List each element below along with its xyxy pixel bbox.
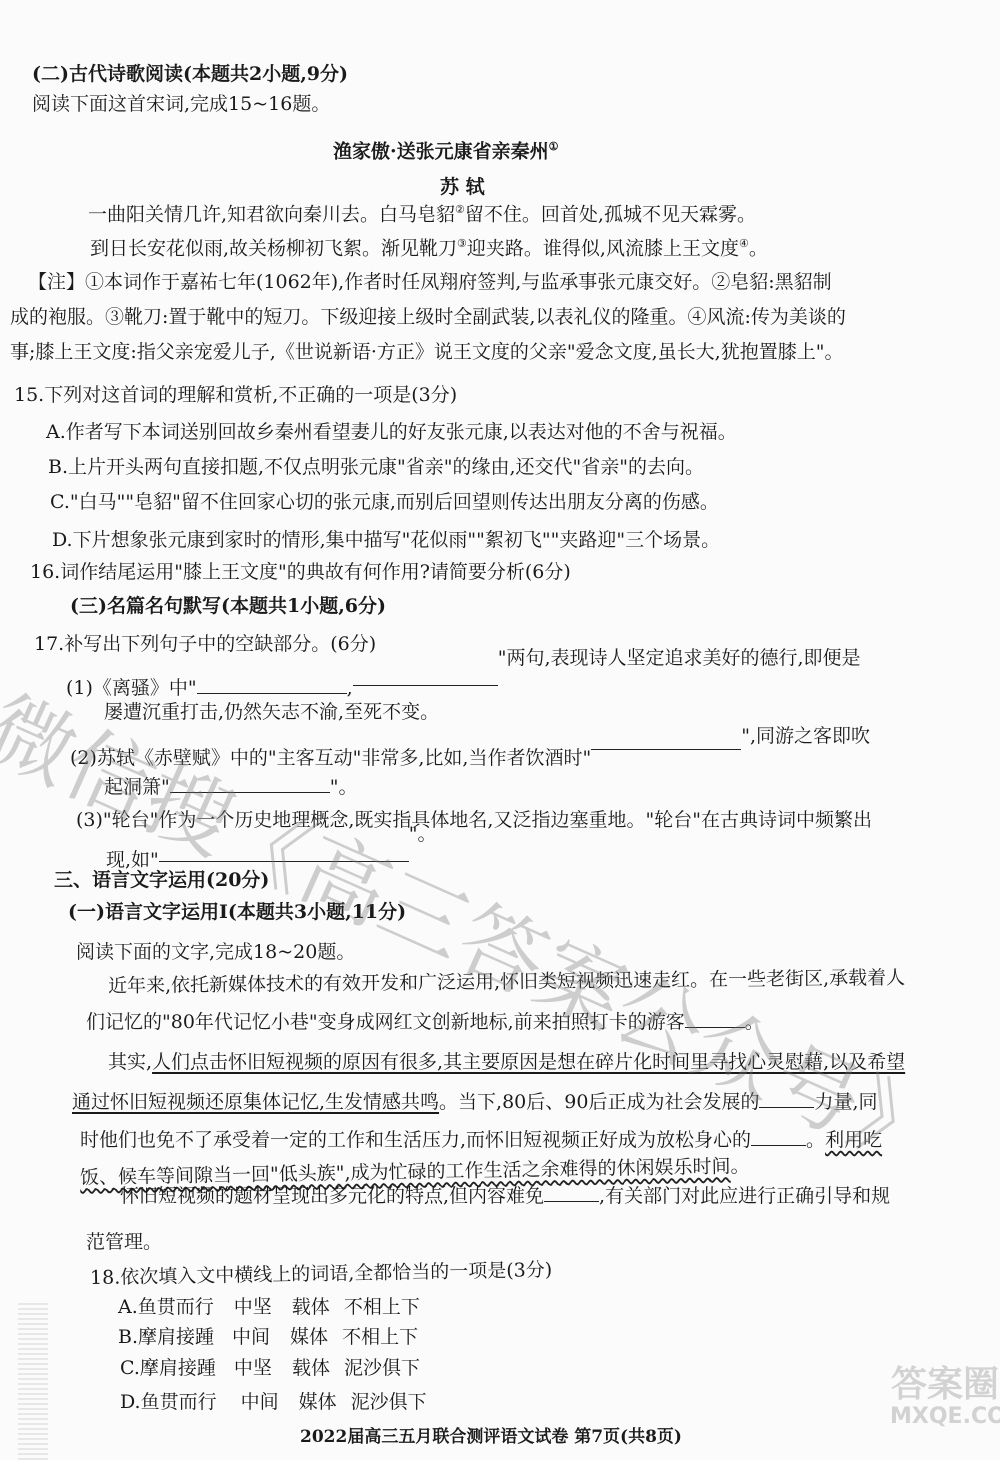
sub-heading-language-1: (一)语言文字运用Ⅰ(本题共3小题,11分)	[68, 900, 406, 924]
part-heading-language: 三、语言文字运用(20分)	[54, 868, 269, 892]
passage-text: 们记忆的"80年代记忆小巷"变身成网红文创新地标,前来拍照打卡的游客	[86, 1011, 685, 1033]
scan-artifact	[18, 1300, 48, 1460]
question-15-option-b: B.上片开头两句直接扣题,不仅点明张元康"省亲"的缘由,还交代"省亲"的去向。	[48, 455, 704, 479]
note-line-1: 【注】①本词作于嘉祐七年(1062年),作者时任凤翔府签判,与监承事张元康交好。…	[28, 270, 832, 294]
option-word: 中间	[232, 1326, 270, 1348]
page-footer: 2022届高三五月联合测评语文试卷 第7页(共8页)	[300, 1425, 682, 1449]
section-heading-poetry: (二)古代诗歌阅读(本题共2小题,9分)	[32, 62, 348, 86]
passage-line-2: 们记忆的"80年代记忆小巷"变身成网红文创新地标,前来拍照打卡的游客。	[86, 1010, 764, 1034]
item-text: "两句,表现诗人坚定追求美好的德行,即便是	[498, 647, 861, 669]
underlined-sentence: 人们点击怀旧短视频的原因有很多,其主要原因是想在碎片化时间里寻找心灵慰藉,以及希…	[152, 1051, 905, 1073]
question-17-item-2-cont: 起洞箫""。	[104, 775, 358, 799]
option-label: C.	[120, 1357, 140, 1379]
question-15-stem: 15.下列对这首词的理解和赏析,不正确的一项是(3分)	[14, 383, 457, 407]
passage-text: 。	[745, 1011, 764, 1033]
passage-text: 。当下,80后、90后正成为社会发展的	[439, 1091, 759, 1113]
poem-title: 渔家傲·送张元康省亲秦州①	[333, 135, 559, 163]
option-word: 摩肩接踵	[140, 1357, 216, 1379]
footnote-marker: ③	[457, 237, 467, 250]
option-word: 泥沙俱下	[344, 1357, 420, 1379]
poem-text: 。	[749, 237, 768, 259]
item-text: "。	[409, 823, 437, 845]
answer-blank[interactable]	[685, 1011, 745, 1028]
question-15-option-a: A.作者写下本词送别回故乡秦州看望妻儿的好友张元康,以表达对他的不舍与祝福。	[46, 420, 737, 444]
option-word: 不相上下	[342, 1326, 418, 1348]
passage-text: ,有关部门对此应进行正确引导和规	[599, 1185, 890, 1207]
note-line-2: 成的袍服。③靴刀:置于靴中的短刀。下级迎接上级时全副武装,以表礼仪的隆重。④风流…	[10, 305, 846, 329]
question-18-option-c[interactable]: C.摩肩接踵中坚载体泥沙俱下	[120, 1356, 420, 1380]
question-17-item-2: (2)苏轼《赤壁赋》中的"主客互动"非常多,比如,当作者饮酒时"",同游之客即吹	[70, 738, 870, 762]
passage-text: 。	[806, 1129, 825, 1151]
option-word: 中间	[241, 1391, 279, 1413]
poem-line-1: 一曲阳关情几许,知君欲向秦川去。白马皂貂②留不住。回首处,孤城不见天霖雾。	[88, 198, 756, 226]
option-word: 媒体	[290, 1326, 328, 1348]
option-word: 摩肩接踵	[138, 1326, 214, 1348]
logo-text: 答案圈	[890, 1365, 1000, 1405]
poem-text: 到日长安花似雨,故关杨柳初飞絮。渐见靴刀	[90, 237, 457, 259]
question-18-option-a[interactable]: A.鱼贯而行中坚载体不相上下	[118, 1295, 420, 1319]
option-label: A.	[118, 1296, 138, 1318]
question-16-stem: 16.词作结尾运用"膝上王文度"的典故有何作用?请简要分析(6分)	[30, 560, 571, 584]
item-text: (2)苏轼《赤壁赋》中的"主客互动"非常多,比如,当作者饮酒时"	[70, 747, 591, 769]
passage-text: 力量,同	[814, 1091, 877, 1113]
answer-blank[interactable]	[159, 845, 409, 862]
item-text: ",同游之客即吹	[741, 725, 870, 747]
passage-text: 。	[730, 1155, 749, 1177]
poetry-instruction: 阅读下面这首宋词,完成15~16题。	[32, 92, 330, 116]
footnote-marker: ④	[739, 237, 749, 250]
passage-line-5: 时他们也免不了承受着一定的工作和生活压力,而怀旧短视频正好成为放松身心的。利用吃	[80, 1128, 882, 1152]
answer-blank[interactable]	[751, 1129, 806, 1146]
underlined-sentence: 通过怀旧短视频还原集体记忆,生发情感共鸣	[72, 1091, 439, 1113]
option-word: 中坚	[234, 1357, 272, 1379]
passage-line-1: 近年来,依托新媒体技术的有效开发和广泛运用,怀旧类短视频迅速走红。在一些老街区,…	[108, 966, 905, 998]
wavy-underlined-text: 利用吃	[825, 1129, 882, 1151]
poem-text: 迎夹路。谁得似,风流膝上王文度	[467, 237, 739, 259]
option-word: 鱼贯而行	[141, 1391, 217, 1413]
answer-blank[interactable]	[544, 1185, 599, 1202]
question-15-option-c: C."白马""皂貂"留不住回家心切的张元康,而别后回望则传达出朋友分离的伤感。	[50, 490, 719, 514]
question-17-item-3-cont: 现,如""。	[106, 840, 437, 864]
question-15-option-d: D.下片想象张元康到家时的情形,集中描写"花似雨""絮初飞""夹路迎"三个场景。	[52, 528, 720, 552]
poem-author: 苏 轼	[440, 175, 485, 199]
passage-text: 时他们也免不了承受着一定的工作和生活压力,而怀旧短视频正好成为放松身心的	[80, 1129, 751, 1151]
question-17-item-3: (3)"轮台"作为一个历史地理概念,既实指具体地名,又泛指边塞重地。"轮台"在古…	[76, 808, 872, 832]
question-17-item-1: (1)《离骚》中","两句,表现诗人坚定追求美好的德行,即便是	[66, 660, 861, 684]
question-18-option-d[interactable]: D.鱼贯而行中间媒体泥沙俱下	[120, 1390, 427, 1414]
item-text: 起洞箫"	[104, 776, 170, 798]
question-17-item-1-cont: 屡遭沉重打击,仍然矢志不渝,至死不变。	[104, 700, 439, 724]
item-text: (1)《离骚》中"	[66, 677, 197, 699]
passage-text: 怀旧短视频的题材呈现出多元化的特点,但内容难免	[120, 1185, 544, 1207]
option-word: 鱼贯而行	[138, 1296, 214, 1318]
answer-blank[interactable]	[759, 1091, 814, 1108]
passage-text: 其实,	[108, 1051, 152, 1073]
question-17-stem: 17.补写出下列句子中的空缺部分。(6分)	[34, 632, 376, 656]
answer-blank[interactable]	[170, 776, 330, 793]
option-word: 载体	[292, 1296, 330, 1318]
option-label: D.	[120, 1391, 141, 1413]
note-line-3: 事;膝上王文度:指父亲宠爱儿子,《世说新语·方正》说王文度的父亲"爱念文度,虽长…	[10, 340, 843, 364]
passage-line-3: 其实,人们点击怀旧短视频的原因有很多,其主要原因是想在碎片化时间里寻找心灵慰藉,…	[108, 1050, 905, 1074]
poem-text: 留不住。回首处,孤城不见天霖雾。	[465, 203, 756, 225]
passage-line-8: 范管理。	[86, 1230, 162, 1254]
poem-title-text: 渔家傲·送张元康省亲秦州	[333, 140, 549, 162]
answer-blank[interactable]	[591, 733, 741, 750]
option-word: 载体	[292, 1357, 330, 1379]
section-heading-recitation: (三)名篇名句默写(本题共1小题,6分)	[70, 594, 386, 618]
poem-text: 一曲阳关情几许,知君欲向秦川去。白马皂貂	[88, 203, 455, 225]
option-word: 媒体	[299, 1391, 337, 1413]
passage-line-4: 通过怀旧短视频还原集体记忆,生发情感共鸣。当下,80后、90后正成为社会发展的力…	[72, 1090, 878, 1114]
site-logo: 答案圈 MXQE.COM	[890, 1365, 1000, 1455]
option-word: 中坚	[234, 1296, 272, 1318]
language-instruction: 阅读下面的文字,完成18~20题。	[76, 940, 355, 964]
option-label: B.	[118, 1326, 138, 1348]
answer-blank[interactable]	[197, 677, 347, 694]
option-word: 不相上下	[344, 1296, 420, 1318]
option-word: 泥沙俱下	[351, 1391, 427, 1413]
passage-line-7: 怀旧短视频的题材呈现出多元化的特点,但内容难免,有关部门对此应进行正确引导和规	[120, 1184, 890, 1208]
answer-blank[interactable]	[353, 669, 498, 686]
footnote-marker: ①	[549, 140, 559, 153]
logo-url: MXQE.COM	[890, 1405, 1000, 1429]
footnote-marker: ②	[455, 203, 465, 216]
question-18-stem: 18.依次填入文中横线上的词语,全都恰当的一项是(3分)	[90, 1258, 553, 1290]
item-text: "。	[330, 776, 358, 798]
question-18-option-b[interactable]: B.摩肩接踵中间媒体不相上下	[118, 1325, 418, 1349]
poem-line-2: 到日长安花似雨,故关杨柳初飞絮。渐见靴刀③迎夹路。谁得似,风流膝上王文度④。	[90, 232, 768, 260]
